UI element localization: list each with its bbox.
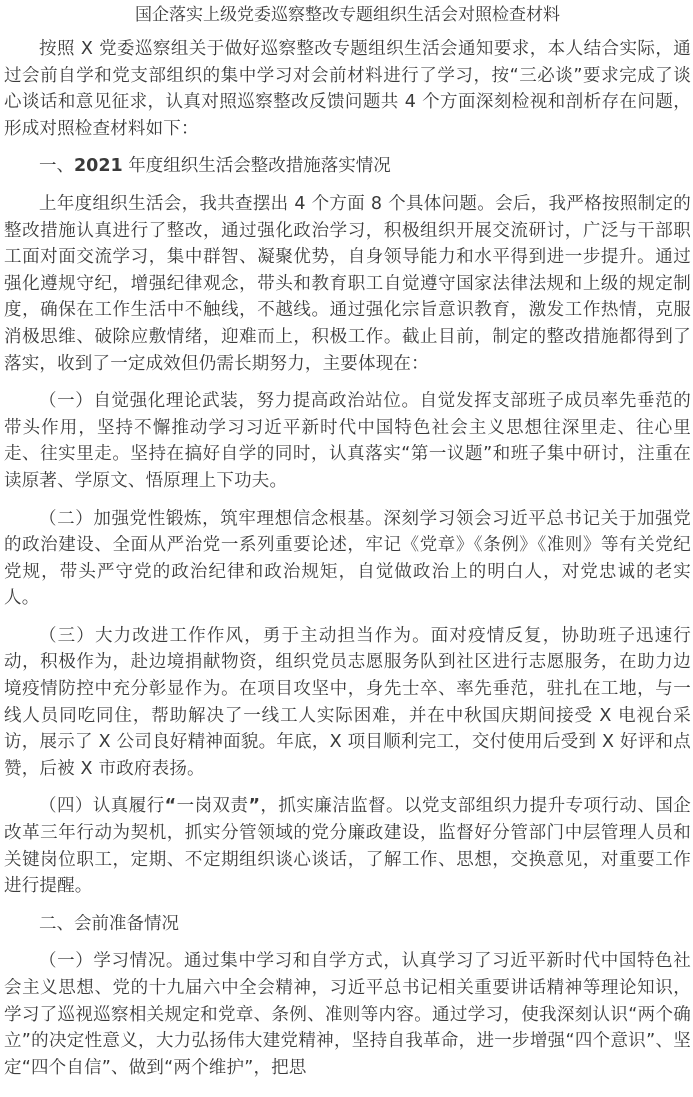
section-1-summary: 上年度组织生活会，我共查摆出 4 个方面 8 个具体问题。会后，我严格按照制定的… bbox=[4, 191, 691, 377]
section-2-item-1: （一）学习情况。通过集中学习和自学方式，认真学习了习近平新时代中国特色社会主义思… bbox=[4, 948, 691, 1081]
item-4-quote-close: ” bbox=[248, 796, 260, 816]
section-1-title: 年度组织生活会整改措施落实情况 bbox=[123, 156, 391, 176]
item-4-quoted: 一岗双责 bbox=[176, 796, 248, 816]
section-1-year: 2021 bbox=[74, 156, 123, 176]
item-4-quote-open: “ bbox=[165, 796, 177, 816]
section-1-prefix: 一、 bbox=[39, 156, 74, 176]
intro-paragraph: 按照 X 党委巡察组关于做好巡察整改专题组织生活会通知要求，本人结合实际，通过会… bbox=[4, 36, 691, 142]
document-title: 国企落实上级党委巡察整改专题组织生活会对照检查材料 bbox=[4, 4, 691, 26]
section-1-item-1: （一）自觉强化理论武装，努力提高政治站位。自觉发挥支部班子成员率先垂范的带头作用… bbox=[4, 388, 691, 494]
section-heading-2: 二、会前准备情况 bbox=[4, 911, 691, 938]
document: 国企落实上级党委巡察整改专题组织生活会对照检查材料 按照 X 党委巡察组关于做好… bbox=[0, 4, 693, 1081]
section-1-item-3: （三）大力改进工作作风，勇于主动担当作为。面对疫情反复，协助班子迅速行动，积极作… bbox=[4, 623, 691, 783]
section-heading-1: 一、2021 年度组织生活会整改措施落实情况 bbox=[4, 153, 691, 180]
section-1-item-2: （二）加强党性锻炼，筑牢理想信念根基。深刻学习领会习近平总书记关于加强党的政治建… bbox=[4, 506, 691, 612]
item-4-lead: （四）认真履行 bbox=[39, 796, 165, 816]
section-1-item-4: （四）认真履行“一岗双责”，抓实廉洁监督。以党支部组织力提升专项行动、国企改革三… bbox=[4, 793, 691, 899]
